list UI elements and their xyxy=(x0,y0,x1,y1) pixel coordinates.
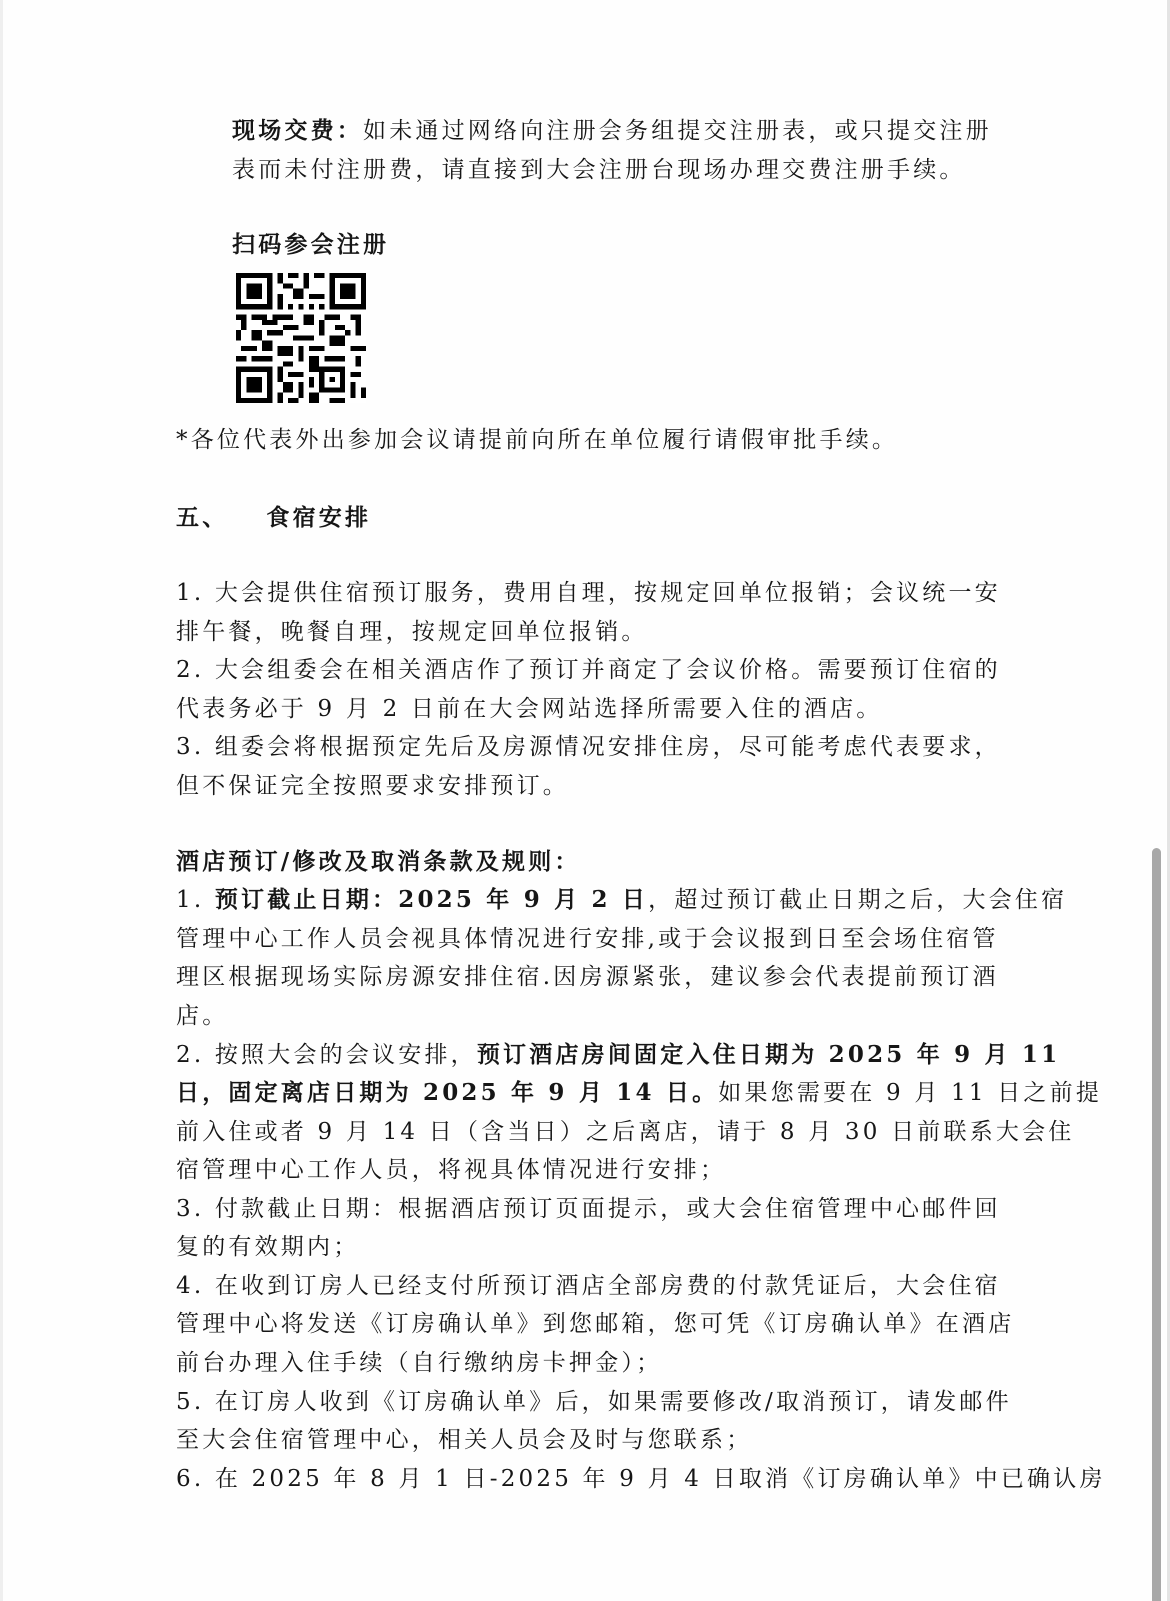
rule-1-line-4: 店。 xyxy=(176,1001,228,1031)
rule-2-line-2: 日，固定离店日期为 2025 年 9 月 14 日。如果您需要在 9 月 11 … xyxy=(176,1078,1102,1108)
fixed-checkin-date: 预订酒店房间固定入住日期为 2025 年 9 月 11 xyxy=(477,1041,1060,1068)
accommodation-item-3-line-2: 但不保证完全按照要求安排预订。 xyxy=(176,771,569,801)
section-title: 食宿安排 xyxy=(266,504,371,531)
hotel-rules-title: 酒店预订/修改及取消条款及规则： xyxy=(176,847,581,877)
rule-3-line-2: 复的有效期内； xyxy=(176,1232,359,1262)
rule-4-line-2: 管理中心将发送《订房确认单》到您邮箱，您可凭《订房确认单》在酒店 xyxy=(176,1309,1014,1339)
rule-4-line-3: 前台办理入住手续（自行缴纳房卡押金）； xyxy=(176,1348,662,1378)
rule-2-rest: 如果您需要在 9 月 11 日之前提 xyxy=(718,1080,1102,1106)
rule-6-line-1: 6. 在 2025 年 8 月 1 日-2025 年 9 月 4 日取消《订房确… xyxy=(176,1464,1106,1494)
rule-2-prefix: 2. 按照大会的会议安排， xyxy=(176,1042,477,1068)
rule-1-line-2: 管理中心工作人员会视具体情况进行安排,或于会议报到日至会场住宿管 xyxy=(176,924,999,954)
rule-1-rest: ，超过预订截止日期之后，大会住宿 xyxy=(648,887,1067,913)
rule-1-line-1: 1. 预订截止日期：2025 年 9 月 2 日，超过预订截止日期之后，大会住宿 xyxy=(176,885,1067,915)
registration-qr-code[interactable] xyxy=(236,273,366,403)
rule-3-line-1: 3. 付款截止日期：根据酒店预订页面提示，或大会住宿管理中心邮件回 xyxy=(176,1194,1001,1224)
accommodation-item-1-line-2: 排午餐，晚餐自理，按规定回单位报销。 xyxy=(176,617,648,647)
accommodation-item-1-line-1: 1. 大会提供住宿预订服务，费用自理，按规定回单位报销；会议统一安 xyxy=(176,578,1001,608)
onsite-payment-line-1: 现场交费：如未通过网络向注册会务组提交注册表，或只提交注册 xyxy=(232,116,992,146)
scrollbar-thumb[interactable] xyxy=(1152,848,1161,1601)
accommodation-item-2-line-2: 代表务必于 9 月 2 日前在大会网站选择所需要入住的酒店。 xyxy=(176,694,883,724)
rule-2-line-4: 宿管理中心工作人员，将视具体情况进行安排； xyxy=(176,1155,726,1185)
rule-5-line-2: 至大会住宿管理中心，相关人员会及时与您联系； xyxy=(176,1425,752,1455)
onsite-payment-line-2: 表而未付注册费，请直接到大会注册台现场办理交费注册手续。 xyxy=(232,155,966,185)
rule-1-prefix: 1. xyxy=(176,887,215,913)
section-heading: 五、食宿安排 xyxy=(176,503,371,533)
rule-1-line-3: 理区根据现场实际房源安排住宿.因房源紧张，建议参会代表提前预订酒 xyxy=(176,962,999,992)
onsite-payment-text: 如未通过网络向注册会务组提交注册表，或只提交注册 xyxy=(363,118,992,144)
fixed-checkout-date: 日，固定离店日期为 2025 年 9 月 14 日。 xyxy=(176,1079,718,1106)
accommodation-item-2-line-1: 2. 大会组委会在相关酒店作了预订并商定了会议价格。需要预订住宿的 xyxy=(176,655,1001,685)
rule-5-line-1: 5. 在订房人收到《订房确认单》后，如果需要修改/取消预订，请发邮件 xyxy=(176,1387,1012,1417)
onsite-payment-label: 现场交费： xyxy=(232,117,363,144)
rule-2-line-1: 2. 按照大会的会议安排，预订酒店房间固定入住日期为 2025 年 9 月 11 xyxy=(176,1040,1060,1070)
document-page: 现场交费：如未通过网络向注册会务组提交注册表，或只提交注册 表而未付注册费，请直… xyxy=(0,0,1166,1601)
rule-4-line-1: 4. 在收到订房人已经支付所预订酒店全部房费的付款凭证后，大会住宿 xyxy=(176,1271,1001,1301)
accommodation-item-3-line-1: 3. 组委会将根据预定先后及房源情况安排住房，尽可能考虑代表要求， xyxy=(176,732,1001,762)
booking-deadline: 预订截止日期：2025 年 9 月 2 日 xyxy=(215,886,648,913)
section-number: 五、 xyxy=(176,504,228,531)
page-left-edge xyxy=(0,0,3,1601)
rule-2-line-3: 前入住或者 9 月 14 日（含当日）之后离店，请于 8 月 30 日前联系大会… xyxy=(176,1117,1075,1147)
scan-register-title: 扫码参会注册 xyxy=(232,230,389,260)
leave-approval-note: *各位代表外出参加会议请提前向所在单位履行请假审批手续。 xyxy=(176,425,898,455)
